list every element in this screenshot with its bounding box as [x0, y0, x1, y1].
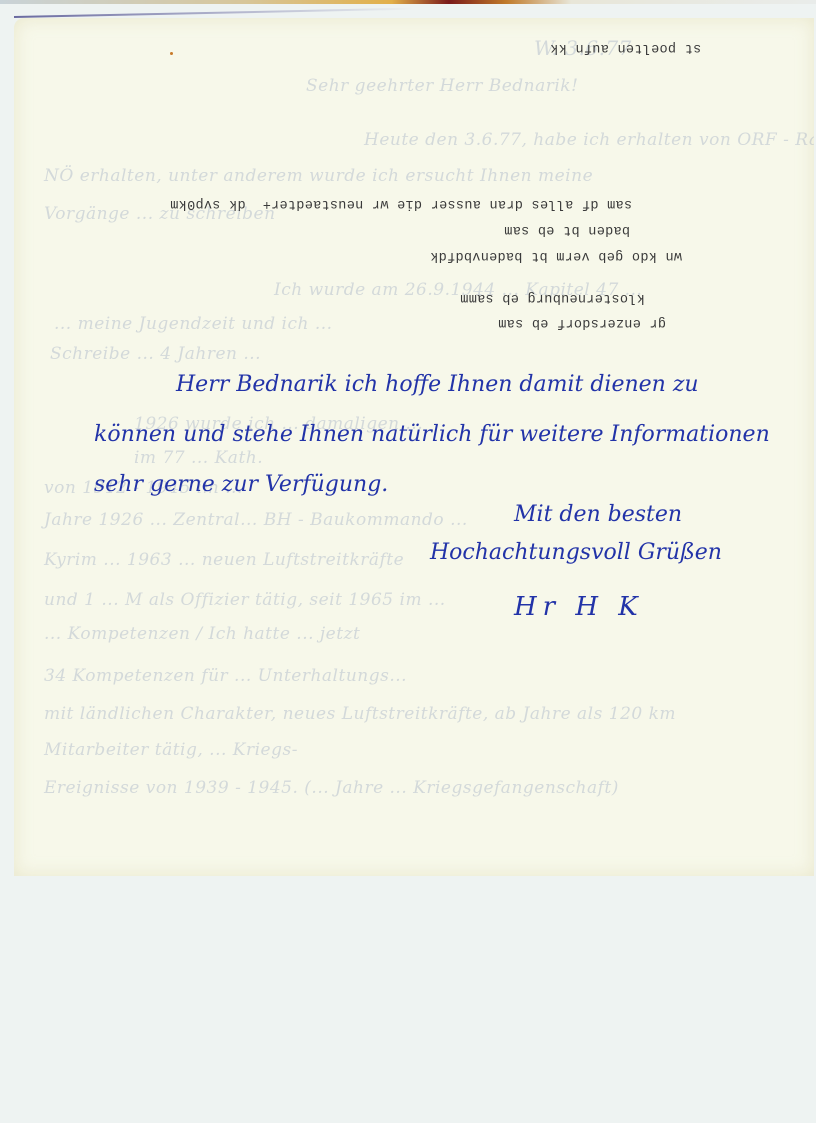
closing-line: Mit den besten — [514, 502, 682, 527]
typed-line-gr-enzersdorf: gr enzersdorf eb sam — [498, 315, 666, 330]
bleed-line: Ereignisse von 1939 - 1945. (... Jahre .… — [44, 778, 619, 798]
bleed-line: Jahre 1926 ... Zentral... BH - Baukomman… — [44, 510, 468, 530]
ink-spot — [170, 52, 173, 55]
bleed-line: Mitarbeiter tätig, ... Kriegs- — [44, 740, 298, 760]
bleed-line: Schreibe ... 4 Jahren ... — [50, 344, 261, 364]
letter-page: W. 3.6.77 Sehr geehrter Herr Bednarik! H… — [14, 18, 814, 876]
signature: Hr H K — [514, 592, 644, 622]
typed-line-sam-df: sam df alles dran ausser die wr neustaed… — [170, 196, 632, 211]
closing-line: Hochachtungsvoll Grüßen — [430, 540, 722, 565]
bleed-line: und 1 ... M als Offizier tätig, seit 196… — [44, 590, 446, 610]
typed-line-baden: baden bt eb sam — [504, 222, 630, 237]
bleed-line: ... Kompetenzen / Ich hatte ... jetzt — [44, 624, 360, 644]
bleed-line: ... meine Jugendzeit und ich ... — [54, 314, 333, 334]
typed-line-klosterneuburg: klosterneuburg eb samm — [460, 290, 645, 305]
bleed-line: Kyrim ... 1963 ... neuen Luftstreitkräft… — [44, 550, 404, 570]
bleed-line: NÖ erhalten, unter anderem wurde ich ers… — [44, 166, 593, 186]
handwritten-line: Herr Bednarik ich hoffe Ihnen damit dien… — [176, 372, 699, 397]
typed-line-st-poelten: st poelten aufn kk — [550, 40, 701, 55]
bleed-line: Sehr geehrter Herr Bednarik! — [306, 76, 578, 96]
bleed-line: Heute den 3.6.77, habe ich erhalten von … — [364, 130, 814, 150]
paper-edge — [14, 8, 414, 18]
bleed-line: im 77 ... Kath. — [134, 448, 263, 468]
handwritten-line: können und stehe Ihnen natürlich für wei… — [94, 422, 770, 447]
bleed-line: 34 Kompetenzen für ... Unterhaltungs... — [44, 666, 407, 686]
handwritten-line: sehr gerne zur Verfügung. — [94, 472, 388, 497]
scan-edge-strip — [0, 0, 816, 4]
typed-line-wn-kdo: wn kdo geb verm bt badenvbdfdk — [430, 248, 682, 263]
bleed-line: mit ländlichen Charakter, neues Luftstre… — [44, 704, 676, 724]
